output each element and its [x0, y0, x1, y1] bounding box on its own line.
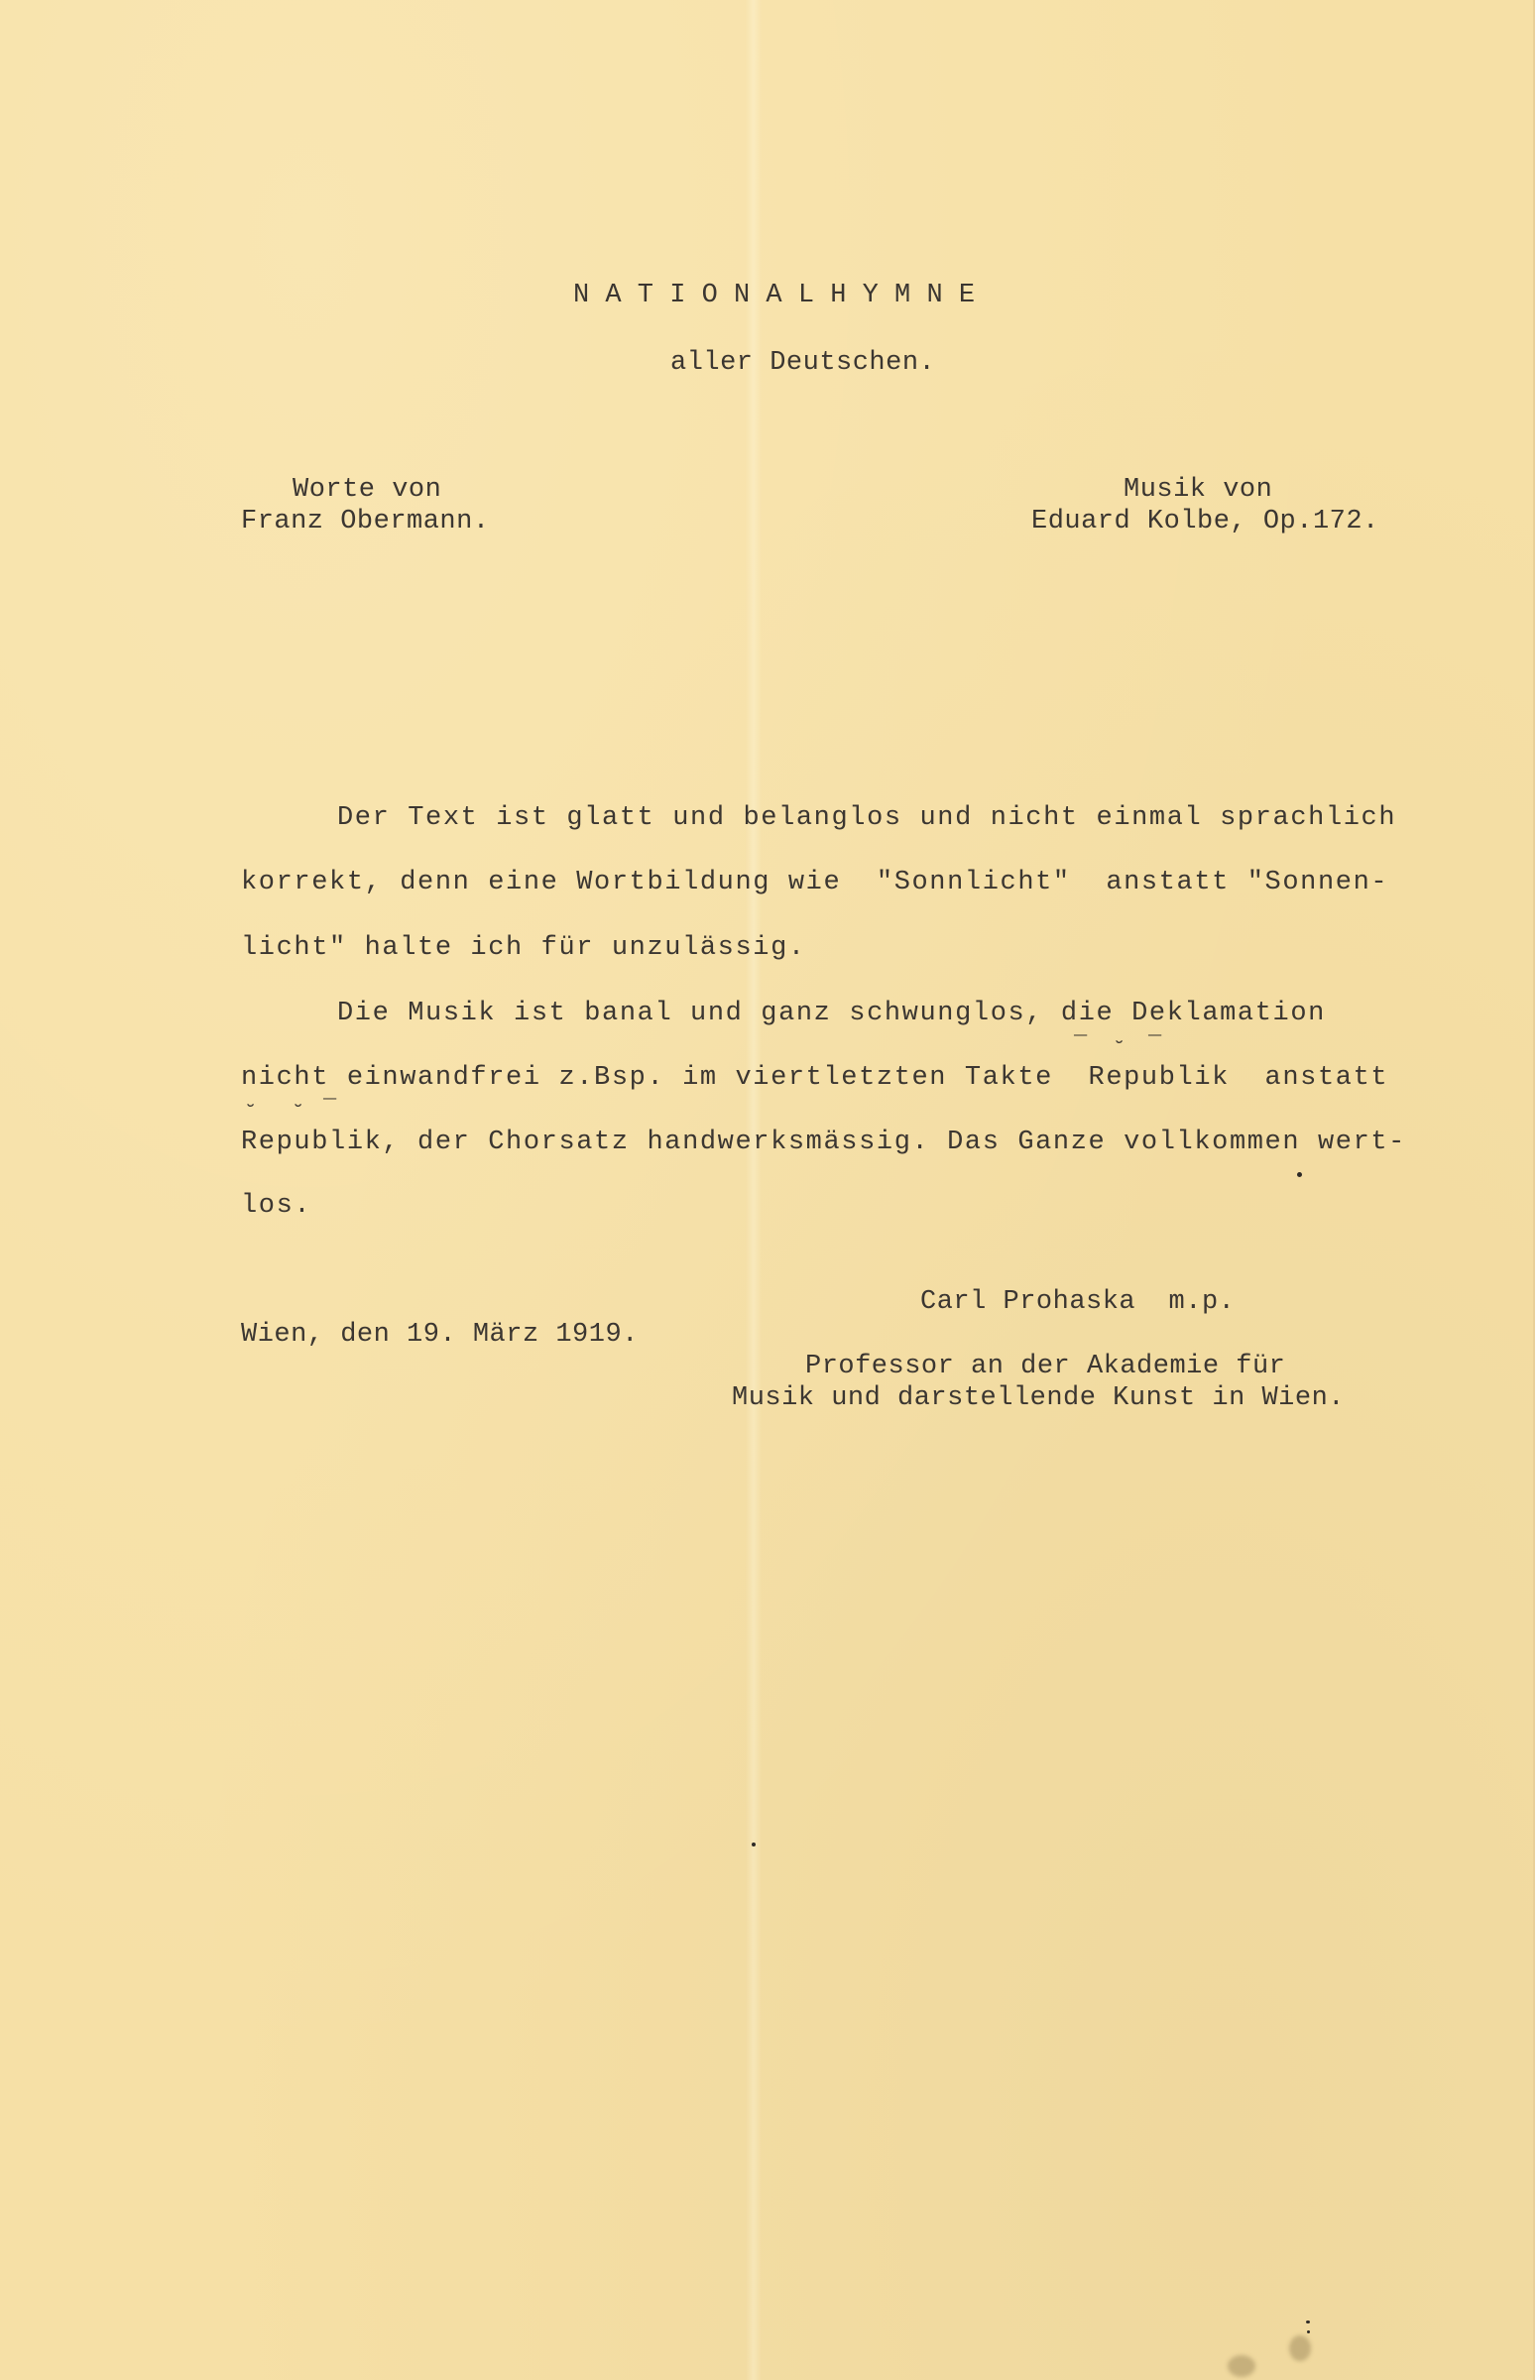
body-line-2: korrekt, denn eine Wortbildung wie "Sonn…: [241, 867, 1388, 898]
paper-stain: [1289, 2335, 1311, 2361]
paper-page: N A T I O N A L H Y M N E aller Deutsche…: [0, 0, 1535, 2380]
ink-speck: [1297, 1172, 1302, 1177]
prosody-long-mark: ¯: [1148, 1037, 1161, 1057]
body-line-1: Der Text ist glatt und belanglos und nic…: [337, 802, 1396, 834]
lyrics-credit-author: Franz Obermann.: [241, 506, 490, 537]
prosody-short-mark: ˘: [1113, 1041, 1125, 1061]
body-line-3: licht" halte ich für unzulässig.: [241, 932, 806, 964]
prosody-short-mark: ˘: [244, 1105, 257, 1125]
body-line-5: nicht einwandfrei z.Bsp. im viertletzten…: [241, 1062, 1388, 1094]
prosody-short-mark: ˘: [292, 1105, 304, 1125]
document-title: N A T I O N A L H Y M N E: [573, 280, 975, 311]
prosody-long-mark: ¯: [323, 1101, 336, 1121]
body-line-7: los.: [241, 1190, 311, 1222]
ink-speck: [1307, 2330, 1310, 2333]
ink-speck: [752, 1843, 756, 1846]
music-credit-author: Eduard Kolbe, Op.172.: [1031, 506, 1379, 537]
body-line-6: Republik, der Chorsatz handwerksmässig. …: [241, 1127, 1406, 1158]
lyrics-credit-label: Worte von: [293, 474, 441, 506]
signer-title-line-1: Professor an der Akademie für: [805, 1351, 1285, 1382]
prosody-long-mark: ¯: [1074, 1037, 1087, 1057]
signer-title-line-2: Musik und darstellende Kunst in Wien.: [732, 1382, 1345, 1414]
body-line-4: Die Musik ist banal und ganz schwunglos,…: [337, 998, 1326, 1029]
signature: Carl Prohaska m.p.: [920, 1286, 1235, 1318]
document-subtitle: aller Deutschen.: [670, 347, 935, 379]
ink-speck: [1306, 2320, 1310, 2323]
music-credit-label: Musik von: [1124, 474, 1272, 506]
place-date: Wien, den 19. März 1919.: [241, 1319, 639, 1351]
paper-stain: [1228, 2355, 1255, 2377]
